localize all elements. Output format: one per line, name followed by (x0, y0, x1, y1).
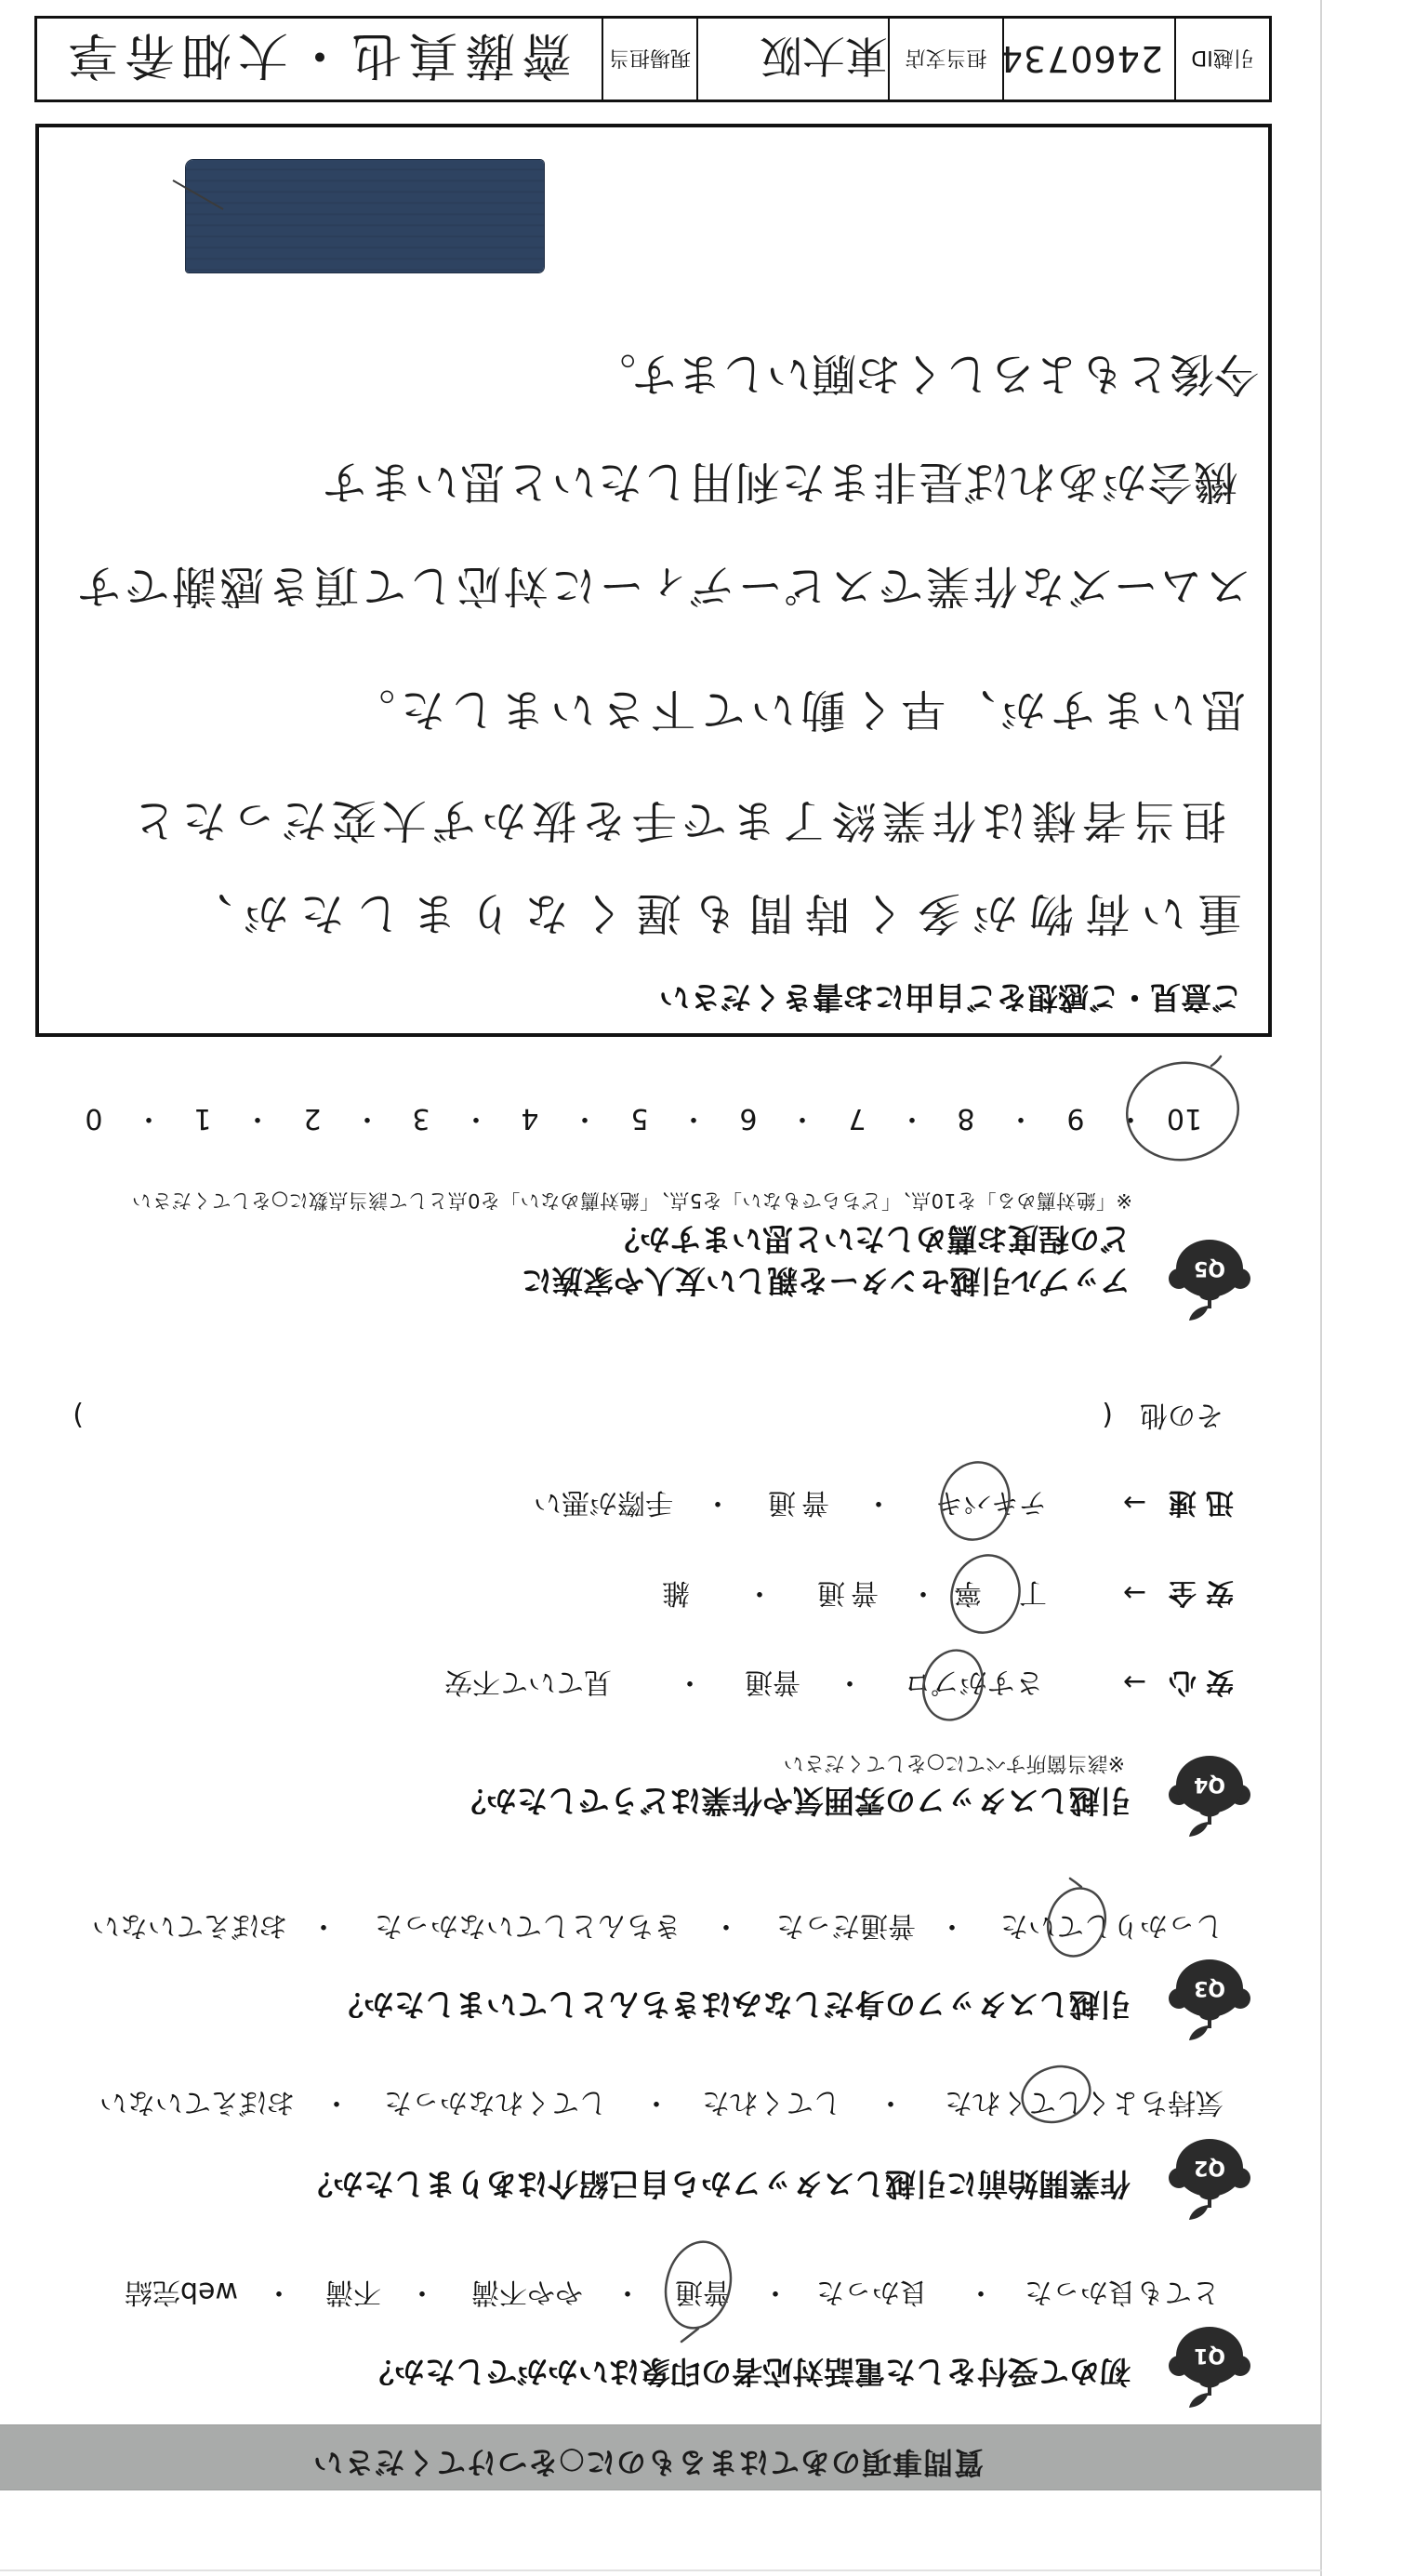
handdrawn-circle-mark-q4-anzen (943, 1547, 1028, 1641)
handdrawn-circle-mark-q2 (1015, 2058, 1097, 2131)
handdrawn-circle-mark-q4-anshin (915, 1642, 991, 1727)
handdrawn-circle-mark-q3 (1039, 1881, 1114, 1964)
handdrawn-circle-tail (1070, 1879, 1081, 1887)
handdrawn-circle-tail (681, 2329, 698, 2342)
handdrawn-circle-tail (1211, 1056, 1221, 1066)
handdrawn-circle-mark-q4-jinsoku (932, 1454, 1018, 1548)
handwriting-stroke (173, 180, 223, 209)
handdrawn-marks-layer (0, 0, 1402, 2576)
handdrawn-circle-mark-q5 (1119, 1054, 1246, 1168)
handdrawn-circle-mark-q1 (657, 2235, 740, 2335)
scanned-questionnaire-page: 質問事項のあてはまるものに○をつけてください Q1 Q2 Q3 Q4 Q5 初め… (0, 0, 1402, 2576)
